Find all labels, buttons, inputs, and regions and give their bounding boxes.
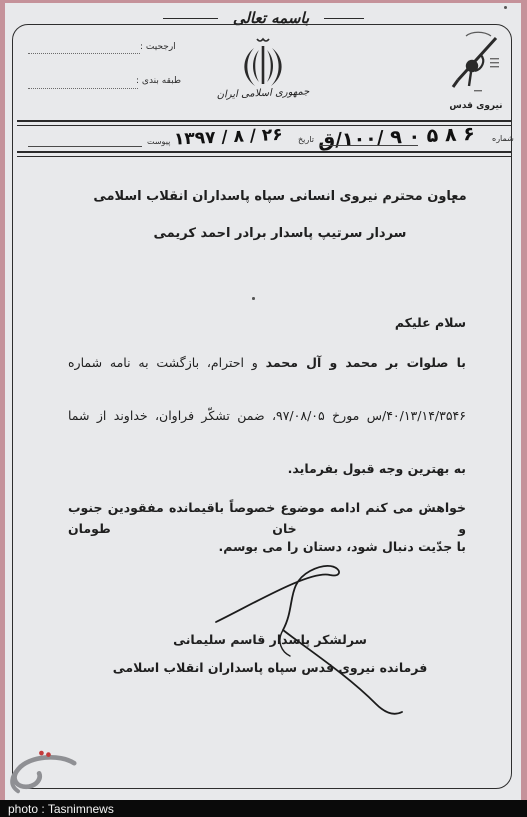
blessing-bold-text: با صلوات بر محمد و آل محمد	[266, 355, 466, 370]
irgc-quds-emblem-icon	[450, 28, 506, 100]
priority-field-line	[28, 52, 140, 54]
body-request-line1: خواهش می کنم ادامه موضوع خصوصاً باقیماند…	[68, 497, 466, 539]
scan-speck	[252, 297, 255, 300]
scan-speck	[504, 6, 507, 9]
divider	[163, 18, 218, 19]
signer-title: فرمانده نیروی قدس سپاه پاسداران انقلاب ا…	[60, 660, 480, 675]
quds-force-caption: نیروی قدس	[444, 101, 508, 111]
rule-line	[17, 120, 511, 122]
classification-label: طبقه بندی :	[136, 76, 204, 86]
body-reference-line: ۴۰/۱۳/۱۴/۳۵۴۶/س مورخ ۹۷/۰۸/۰۵، ضمن تشکّر…	[68, 405, 466, 426]
attachment-label: پیوست	[147, 137, 170, 146]
scan-edge-right	[521, 0, 527, 803]
body-accept-line: به بهترین وجه قبول بفرماید.	[68, 458, 466, 479]
addressee-line1: معاون محترم نیروی انسانی سپاه پاسداران ا…	[80, 189, 480, 204]
iran-emblem-icon	[238, 36, 288, 90]
classification-field-line	[28, 87, 138, 89]
addressee-line2: سردار سرتیپ پاسدار برادر احمد کریمی	[80, 226, 480, 241]
signer-name: سرلشکر پاسدار قاسم سلیمانی	[60, 632, 480, 647]
date-label: تاریخ	[298, 135, 314, 144]
number-label: شماره	[492, 134, 514, 143]
photo-credit: photo : Tasnimnews	[8, 802, 114, 816]
divider	[324, 18, 364, 19]
addressee-dot: .	[451, 192, 456, 207]
scan-edge-left	[0, 0, 5, 803]
body-request-line2: با جدّیت دنبال شود، دستان را می بوسم.	[68, 536, 466, 557]
tasnim-watermark-icon	[4, 744, 82, 798]
number-underline	[320, 145, 418, 146]
credit-bar: photo : Tasnimnews	[0, 800, 527, 817]
priority-label: ارجحیت :	[140, 42, 202, 52]
blessing-rest-text: و احترام، بازگشت به نامه شماره	[68, 355, 258, 370]
rule-line	[17, 151, 511, 153]
salutation: سلام علیکم	[266, 312, 466, 333]
body-blessing-line: با صلوات بر محمد و آل محمد و احترام، باز…	[68, 352, 466, 373]
scan-edge-top	[0, 0, 527, 3]
rule-line	[17, 156, 511, 157]
attachment-blank-line	[28, 146, 142, 147]
scanned-letter: باسمه تعالی ارجحیت : طبقه بندی : جمهوری …	[0, 0, 527, 817]
